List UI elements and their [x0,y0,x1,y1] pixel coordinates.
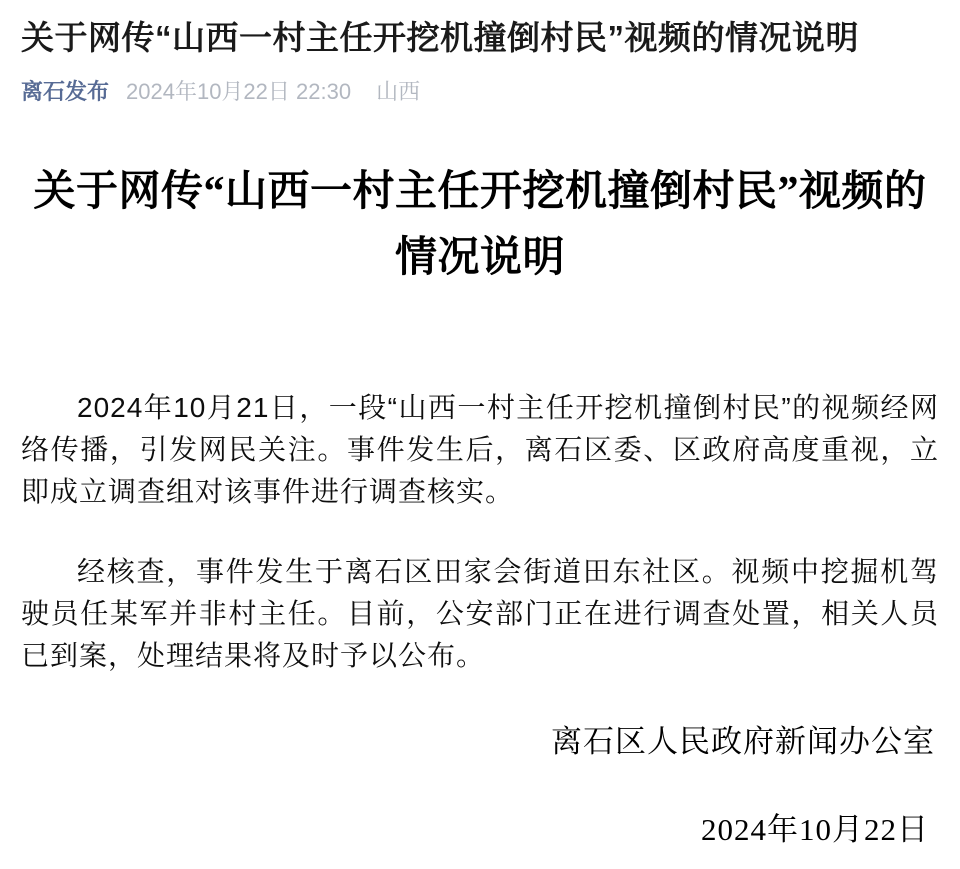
article-header: 关于网传“山西一村主任开挖机撞倒村民”视频的情况说明 离石发布 2024年10月… [21,16,939,107]
article-body: 关于网传“山西一村主任开挖机撞倒村民”视频的情况说明 2024年10月21日，一… [21,159,939,851]
byline: 离石发布 2024年10月22日 22:30 山西 [21,77,939,107]
page-title: 关于网传“山西一村主任开挖机撞倒村民”视频的情况说明 [21,16,939,61]
publish-time: 2024年10月22日 22:30 [126,77,351,107]
paragraph-1: 2024年10月21日，一段“山西一村主任开挖机撞倒村民”的视频经网络传播，引发… [21,387,939,513]
signature-date: 2024年10月22日 [21,809,939,851]
account-name-link[interactable]: 离石发布 [21,77,109,107]
publish-location: 山西 [376,77,420,107]
signature-office: 离石区人民政府新闻办公室 [21,721,939,763]
paragraph-2: 经核查，事件发生于离石区田家会街道田东社区。视频中挖掘机驾驶员任某军并非村主任。… [21,551,939,677]
document-title: 关于网传“山西一村主任开挖机撞倒村民”视频的情况说明 [21,159,939,291]
document-content: 2024年10月21日，一段“山西一村主任开挖机撞倒村民”的视频经网络传播，引发… [21,387,939,851]
article-page: 关于网传“山西一村主任开挖机撞倒村民”视频的情况说明 离石发布 2024年10月… [0,0,960,869]
